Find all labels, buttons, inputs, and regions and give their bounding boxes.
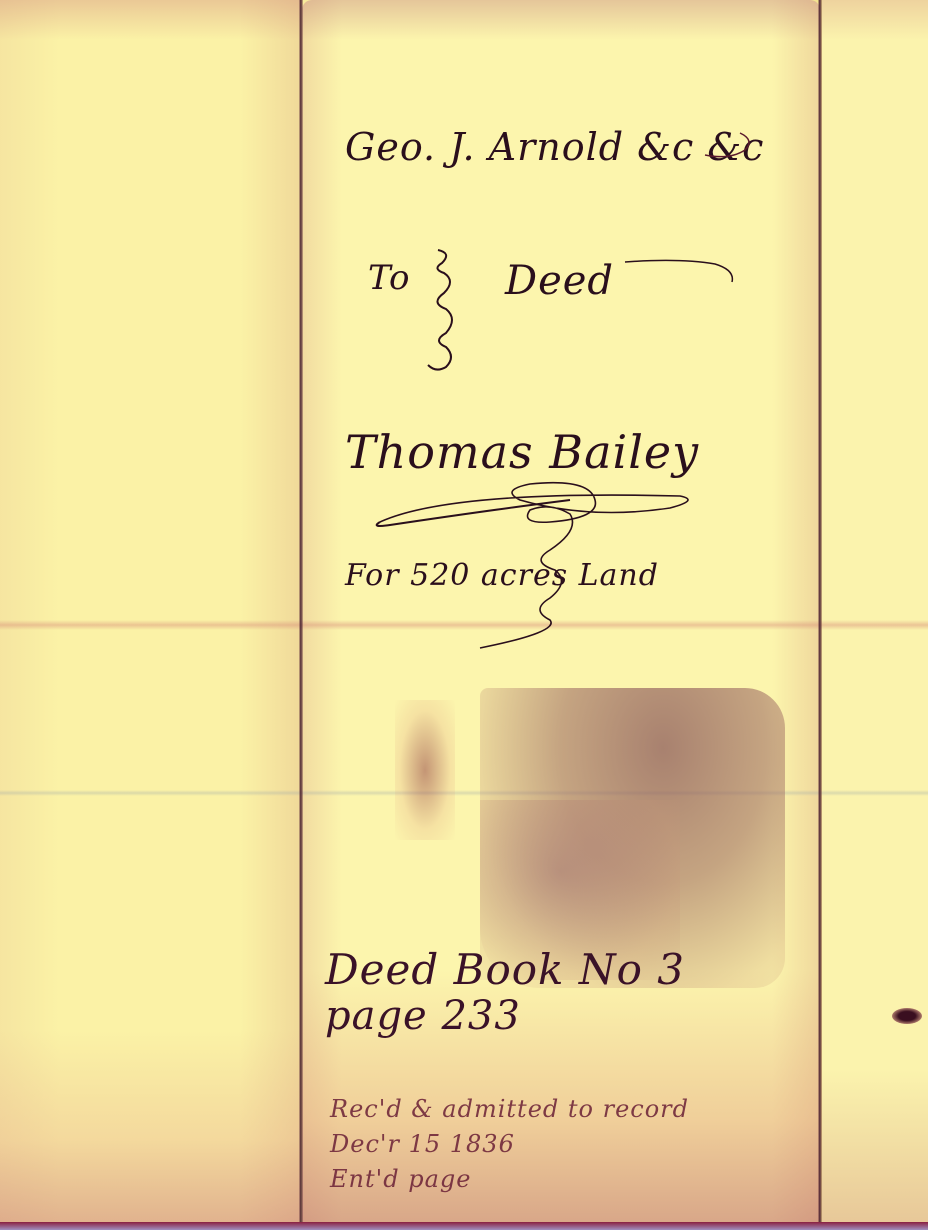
right-fold-line: [818, 0, 822, 1230]
scan-bottom-edge: [0, 1222, 928, 1230]
left-fold-panel: [0, 0, 300, 1230]
consideration-line: For 520 acres Land: [345, 558, 659, 593]
instrument-type: Deed: [505, 258, 614, 304]
clerk-note-line: Rec'd & admitted to record: [330, 1095, 689, 1123]
left-fold-line: [299, 0, 303, 1230]
water-stain: [395, 700, 455, 840]
right-fold-panel: [822, 0, 928, 1230]
deed-page-reference: page 233: [325, 993, 521, 1039]
brace-icon: [420, 245, 460, 375]
deed-book-reference: Deed Book No 3: [325, 945, 685, 994]
clerk-note-line: Dec'r 15 1836: [330, 1130, 515, 1158]
flourish-icon: [620, 250, 740, 290]
to-label: To: [368, 258, 411, 298]
flourish-icon: [700, 125, 760, 165]
ink-blot: [892, 1008, 922, 1024]
clerk-note-line: Ent'd page: [330, 1165, 471, 1193]
document-scan: Geo. J. Arnold &c &c To Deed Thomas Bail…: [0, 0, 928, 1230]
horizontal-crease: [0, 790, 928, 796]
